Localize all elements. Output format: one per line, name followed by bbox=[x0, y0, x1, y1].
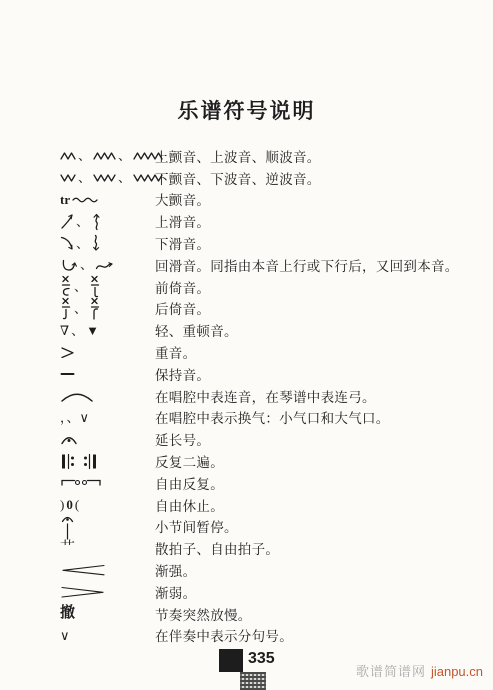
symbol-description: 回滑音。同指由本音上行或下行后，又回到本音。 bbox=[155, 255, 459, 275]
symbol-row: 渐强。 bbox=[60, 559, 477, 581]
symbol-text: ，、∨ bbox=[60, 411, 89, 424]
symbol-row: 艹散拍子、自由拍子。 bbox=[60, 537, 477, 559]
symbol-row: 、回滑音。同指由本音上行或下行后，又回到本音。 bbox=[60, 254, 477, 276]
symbol-description: 反复二遍。 bbox=[155, 451, 224, 471]
symbol-row: 在唱腔中表连音，在琴谱中表连弓。 bbox=[60, 385, 477, 407]
symbol-row: 自由反复。 bbox=[60, 472, 477, 494]
symbol-cell: 、 bbox=[60, 275, 155, 298]
trill-up-3-icon bbox=[93, 151, 116, 161]
symbol-text: ) bbox=[60, 498, 64, 511]
watermark-site-url[interactable]: jianpu.cn bbox=[431, 664, 483, 679]
symbol-text: 、 bbox=[76, 215, 89, 228]
symbol-legend: 、、上颤音、上波音、顺波音。、、下颤音、下波音、逆波音。tr大颤音。、上滑音。、… bbox=[60, 145, 477, 646]
symbol-row: 撤节奏突然放慢。 bbox=[60, 603, 477, 625]
symbol-row: 、后倚音。 bbox=[60, 298, 477, 320]
symbol-text: 、 bbox=[74, 280, 87, 293]
symbol-text: ( bbox=[75, 498, 79, 511]
symbol-text: 、 bbox=[118, 149, 131, 162]
slide-down-wavy-icon bbox=[91, 234, 101, 252]
symbol-row: 、、上颤音、上波音、顺波音。 bbox=[60, 145, 477, 167]
symbol-description: 渐强。 bbox=[155, 560, 196, 580]
symbol-description: 小节间暂停。 bbox=[155, 516, 238, 536]
slide-up-wavy-icon bbox=[91, 212, 102, 231]
symbol-cell: 、 bbox=[60, 297, 155, 320]
page-number: 335 bbox=[248, 650, 275, 668]
symbol-cell bbox=[60, 433, 155, 445]
symbol-row: 小节间暂停。 bbox=[60, 516, 477, 538]
symbol-text: ∨ bbox=[60, 629, 70, 642]
trill-up-2-icon bbox=[60, 151, 76, 161]
turn-s-icon bbox=[95, 259, 114, 271]
symbol-description: 节奏突然放慢。 bbox=[155, 604, 252, 624]
symbol-description: 重音。 bbox=[155, 342, 196, 362]
symbol-cell: 、、 bbox=[60, 171, 155, 184]
symbol-text: 、 bbox=[78, 149, 91, 162]
symbol-text: 撤 bbox=[60, 606, 75, 621]
symbol-row: 、下滑音。 bbox=[60, 232, 477, 254]
symbol-row: 重音。 bbox=[60, 341, 477, 363]
grace-pre-b-icon bbox=[89, 275, 101, 298]
symbol-text: 、 bbox=[118, 171, 131, 184]
symbol-text: 、 bbox=[80, 258, 93, 271]
cresc-icon bbox=[60, 564, 106, 576]
dim-icon bbox=[60, 586, 106, 598]
symbol-row: ∇、▼轻、重顿音。 bbox=[60, 319, 477, 341]
symbol-cell: 撤 bbox=[60, 606, 155, 621]
symbol-cell: 、 bbox=[60, 234, 155, 252]
slur-icon bbox=[60, 389, 94, 402]
symbol-cell: ∨ bbox=[60, 629, 155, 642]
fermata-icon bbox=[60, 433, 78, 445]
symbol-cell bbox=[60, 453, 155, 470]
symbol-description: 延长号。 bbox=[155, 429, 210, 449]
symbol-cell: 艹 bbox=[60, 541, 155, 556]
watermark: 歌谱简谱网jianpu.cn bbox=[356, 661, 483, 680]
free-repeat-icon bbox=[60, 478, 102, 488]
symbol-description: 渐弱。 bbox=[155, 582, 196, 602]
symbol-text: 0 bbox=[66, 498, 73, 511]
symbol-cell: ，、∨ bbox=[60, 411, 155, 424]
symbol-row: ，、∨在唱腔中表示换气：小气口和大气口。 bbox=[60, 407, 477, 429]
symbol-cell bbox=[60, 346, 155, 358]
symbol-cell: ∇、▼ bbox=[60, 324, 155, 337]
symbol-cell bbox=[60, 513, 155, 540]
symbol-description: 下颤音、下波音、逆波音。 bbox=[155, 168, 321, 188]
symbol-row: 、上滑音。 bbox=[60, 210, 477, 232]
repeat-two-icon bbox=[60, 453, 98, 470]
symbol-row: 反复二遍。 bbox=[60, 450, 477, 472]
symbol-description: 大颤音。 bbox=[155, 189, 210, 209]
page-title: 乐谱符号说明 bbox=[0, 95, 493, 125]
symbol-row: 延长号。 bbox=[60, 428, 477, 450]
symbol-description: 后倚音。 bbox=[155, 298, 210, 318]
pause-bar-icon bbox=[60, 513, 75, 540]
symbol-description: 自由休止。 bbox=[155, 495, 224, 515]
slide-up-curve-icon bbox=[60, 212, 74, 230]
symbol-cell bbox=[60, 389, 155, 402]
symbol-description: 自由反复。 bbox=[155, 473, 224, 493]
symbol-text: 、 bbox=[71, 324, 84, 337]
trill-down-2-icon bbox=[60, 173, 76, 183]
turn-u-icon bbox=[60, 258, 78, 272]
wave-icon bbox=[72, 195, 98, 203]
symbol-description: 保持音。 bbox=[155, 364, 210, 384]
symbol-cell: 、、 bbox=[60, 149, 155, 162]
book-page: 乐谱符号说明 、、上颤音、上波音、顺波音。、、下颤音、下波音、逆波音。tr大颤音… bbox=[0, 0, 493, 690]
symbol-text: tr bbox=[60, 193, 70, 206]
symbol-cell bbox=[60, 586, 155, 598]
symbol-row: tr大颤音。 bbox=[60, 189, 477, 211]
print-artifact-block bbox=[240, 672, 266, 690]
symbol-description: 轻、重顿音。 bbox=[155, 320, 238, 340]
symbol-text: 、 bbox=[76, 237, 89, 250]
symbol-row: 渐弱。 bbox=[60, 581, 477, 603]
symbol-cell: 、 bbox=[60, 212, 155, 231]
symbol-text: 艹 bbox=[60, 541, 75, 556]
symbol-text: 、 bbox=[74, 302, 87, 315]
grace-post-b-icon bbox=[89, 297, 101, 320]
symbol-description: 前倚音。 bbox=[155, 277, 210, 297]
symbol-description: 上颤音、上波音、顺波音。 bbox=[155, 146, 321, 166]
symbol-description: 在唱腔中表示换气：小气口和大气口。 bbox=[155, 407, 390, 427]
slide-down-curve-icon bbox=[60, 235, 74, 252]
symbol-description: 散拍子、自由拍子。 bbox=[155, 538, 279, 558]
symbol-row: 保持音。 bbox=[60, 363, 477, 385]
symbol-cell: )0( bbox=[60, 498, 155, 511]
accent-icon bbox=[60, 346, 75, 358]
symbol-cell bbox=[60, 478, 155, 488]
grace-pre-a-icon bbox=[60, 275, 72, 298]
symbol-cell bbox=[60, 370, 155, 378]
symbol-text: ∇ bbox=[60, 324, 69, 337]
symbol-row: 、、下颤音、下波音、逆波音。 bbox=[60, 167, 477, 189]
symbol-row: 、前倚音。 bbox=[60, 276, 477, 298]
symbol-description: 上滑音。 bbox=[155, 211, 210, 231]
symbol-description: 在伴奏中表示分句号。 bbox=[155, 625, 293, 645]
symbol-description: 下滑音。 bbox=[155, 233, 210, 253]
watermark-site-name: 歌谱简谱网 bbox=[356, 664, 426, 679]
trill-down-3-icon bbox=[93, 173, 116, 183]
symbol-text: ▼ bbox=[86, 324, 99, 337]
symbol-cell bbox=[60, 564, 155, 576]
grace-post-a-icon bbox=[60, 297, 72, 320]
tenuto-icon bbox=[60, 370, 75, 378]
symbol-description: 在唱腔中表连音，在琴谱中表连弓。 bbox=[155, 386, 376, 406]
symbol-row: ∨在伴奏中表示分句号。 bbox=[60, 625, 477, 647]
symbol-text: 、 bbox=[78, 171, 91, 184]
symbol-cell: tr bbox=[60, 193, 155, 206]
page-number-box bbox=[219, 649, 243, 672]
symbol-cell: 、 bbox=[60, 258, 155, 272]
